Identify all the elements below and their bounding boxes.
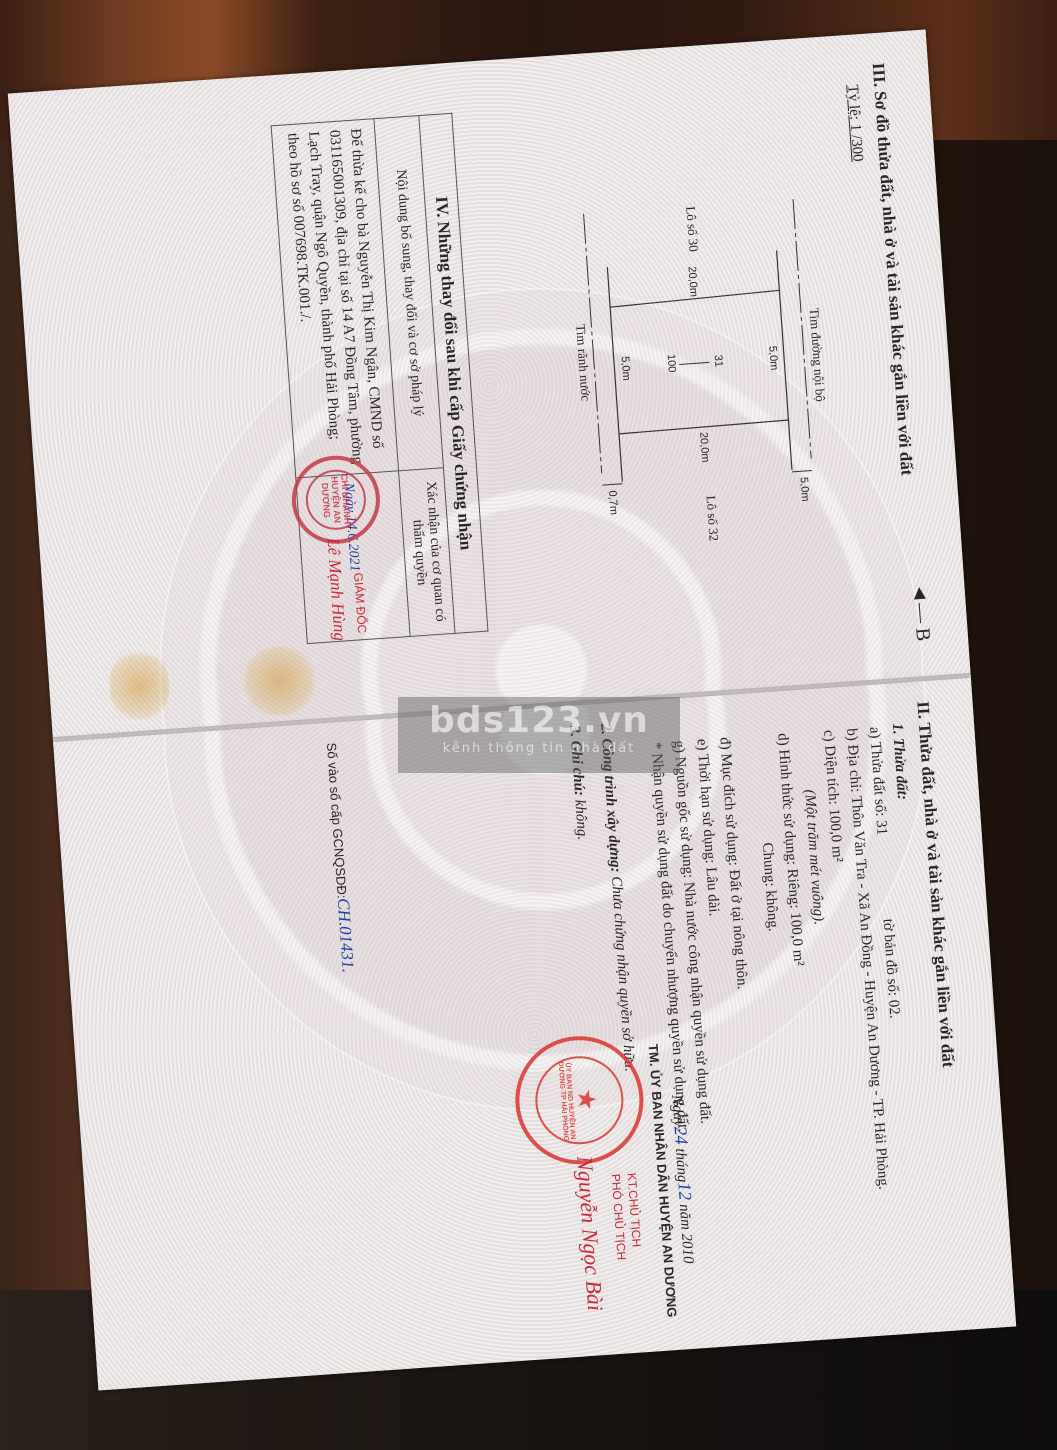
parcel-number-label: 31 bbox=[712, 354, 725, 367]
width-top-label: 5,0m bbox=[766, 346, 780, 371]
neighbor-right-label: Lô số 32 bbox=[703, 495, 722, 542]
width-top-offset-label: 5,0m bbox=[797, 477, 811, 502]
register-number-row: Số vào sổ cấp GCNQSDĐ:CH.01431. bbox=[320, 742, 360, 974]
signer-title-1: KT.CHỦ TỊCH bbox=[625, 1172, 644, 1247]
offset-bottom-label: 0,7m bbox=[606, 490, 620, 515]
width-bottom-label: 5,0m bbox=[619, 356, 633, 381]
star-icon: ★ bbox=[573, 1089, 600, 1111]
issuance-block: Ngày24 tháng12 năm 2010 TM. ỦY BAN NHÂN … bbox=[489, 1029, 705, 1342]
watermark-brand: bds123.vn bbox=[398, 701, 680, 741]
watermark-tagline: kênh thông tin nhà đất bbox=[398, 741, 680, 756]
site-watermark: bds123.vn kênh thông tin nhà đất bbox=[398, 697, 680, 773]
parcel-area-label: 100 bbox=[665, 354, 678, 373]
official-red-stamp: ★ỦY BAN ND HUYỆN AN DƯƠNG TP HẢI PHÒNG bbox=[511, 1032, 648, 1169]
length-left-label: 20,0m bbox=[686, 266, 700, 297]
page-parcel-details: II. Thửa đất, nhà ở và tài sản khác gắn … bbox=[53, 678, 1016, 1391]
confirm-title: GIÁM ĐỐC bbox=[351, 572, 369, 634]
north-arrow-icon: ◄— bbox=[908, 582, 933, 623]
neighbor-left-label: Lô số 30 bbox=[682, 206, 701, 253]
confirm-cell: Ngày 14.6.2021 CHI NHÁNH HUYỆN AN DƯƠNG … bbox=[296, 471, 410, 644]
signature-area: ★ỦY BAN ND HUYỆN AN DƯƠNG TP HẢI PHÒNG K… bbox=[489, 1032, 660, 1342]
length-right-label: 20,0m bbox=[697, 432, 711, 463]
changes-table: IV. Những thay đổi sau khi cấp Giấy chứn… bbox=[271, 113, 489, 644]
north-arrow: ◄— B bbox=[907, 582, 934, 642]
parcel-sketch: Tim đường nội bộ Tim rãnh nước 5,0m 5,0m… bbox=[536, 156, 865, 596]
page-sketch-and-changes: III. Sơ đồ thửa đất, nhà ở và tài sản kh… bbox=[8, 29, 971, 742]
changes-section: IV. Những thay đổi sau khi cấp Giấy chứn… bbox=[271, 112, 497, 644]
signer-name: Nguyễn Ngọc Bài bbox=[571, 1155, 608, 1312]
